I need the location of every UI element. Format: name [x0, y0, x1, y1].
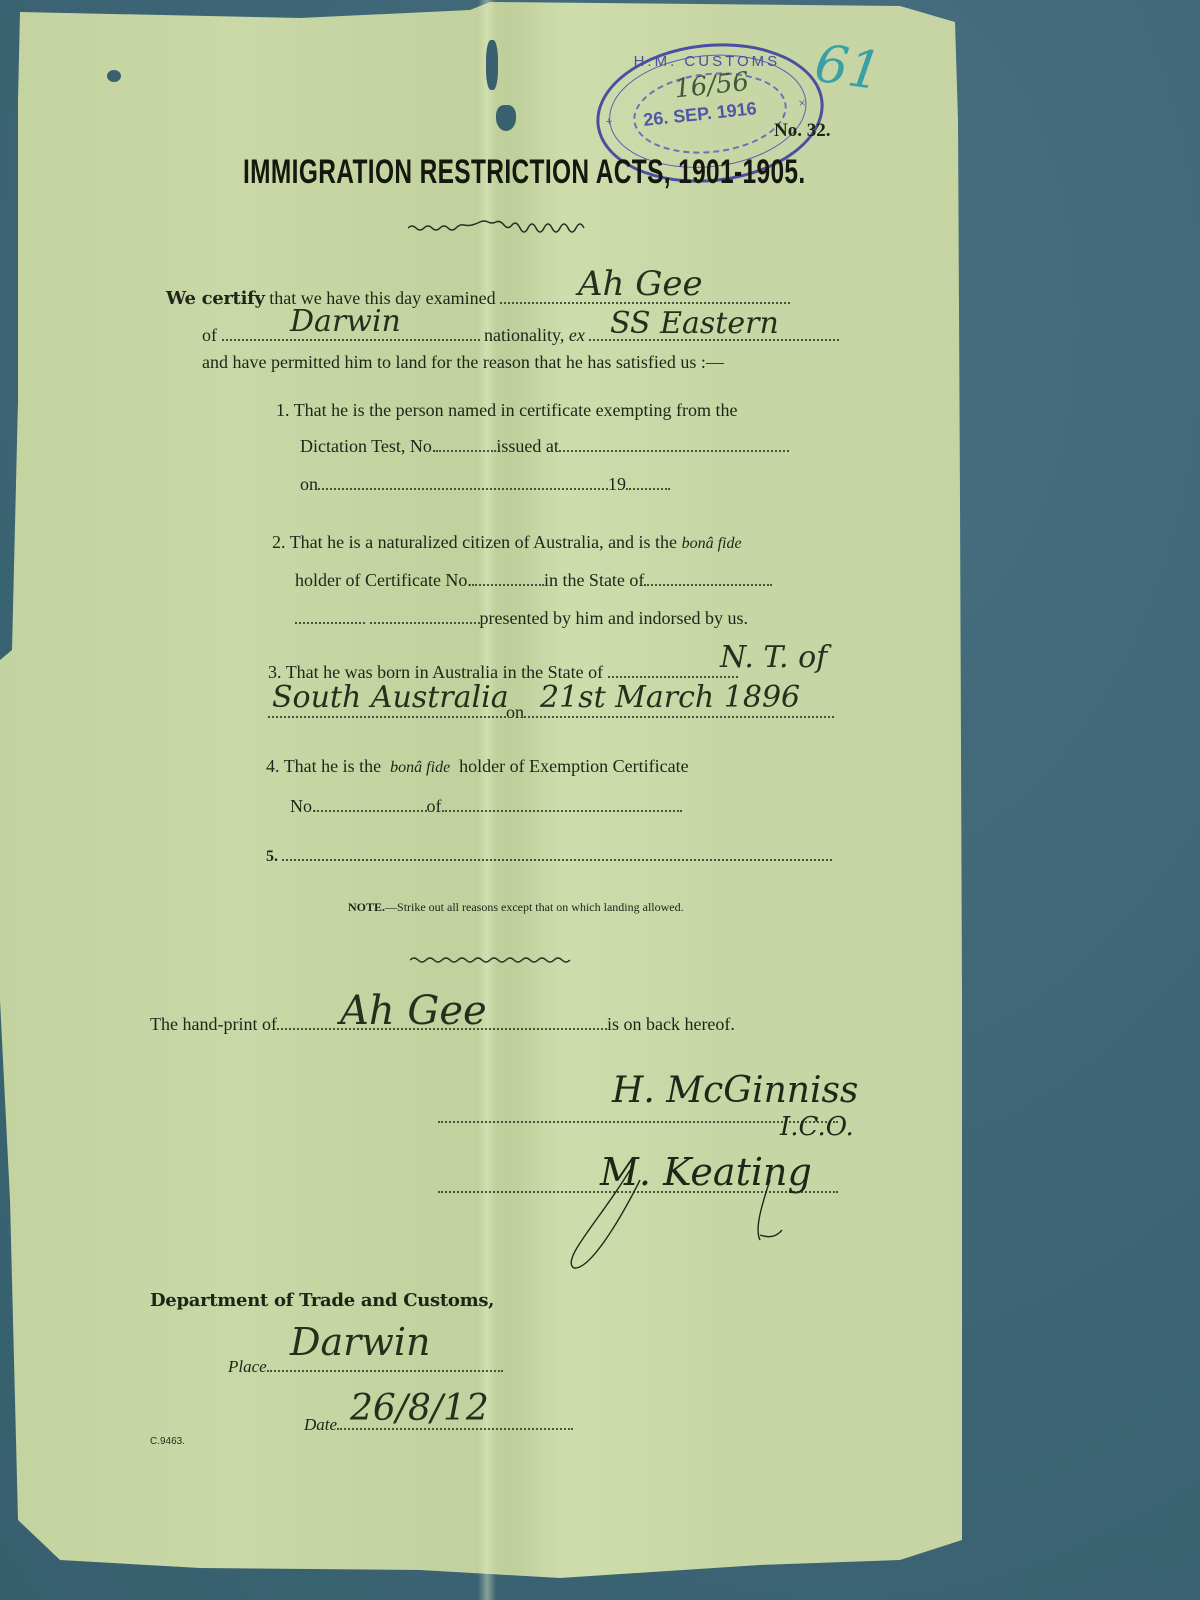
birth-state-field-2 — [268, 716, 506, 718]
reason-3-number: 3. — [268, 662, 282, 682]
exemption-no-field — [317, 810, 427, 812]
place-value: Darwin — [290, 1320, 430, 1364]
of-field — [222, 339, 480, 341]
reason-5-line: 5. — [266, 848, 832, 866]
on-label: on — [300, 474, 318, 494]
nationality-label: nationality, — [484, 325, 564, 345]
signature-flourish — [560, 1160, 800, 1280]
dictation-test-no-field — [436, 450, 496, 452]
reason-2-line-3: presented by him and indorsed by us. — [295, 608, 748, 629]
year-prefix: 19 — [608, 474, 626, 494]
birth-state-value-2: South Australia — [272, 680, 509, 715]
state-of-label: in the State of — [544, 570, 644, 590]
bona-fide-text: bonâ fide — [390, 759, 450, 776]
ornamental-divider — [410, 954, 580, 966]
signature-field-1 — [438, 1121, 838, 1123]
reason-3-text: That he was born in Australia in the Sta… — [286, 662, 603, 682]
signature-2-title: I.C.O. — [780, 1112, 854, 1142]
birth-date-field — [524, 716, 834, 718]
exemption-no-label: No. — [290, 796, 317, 816]
reason-2-line-1: 2. That he is a naturalized citizen of A… — [272, 532, 742, 553]
note: NOTE.—Strike out all reasons except that… — [348, 900, 684, 915]
exemption-of-label: of — [427, 796, 442, 816]
handprint-suffix: is on back hereof. — [607, 1014, 735, 1034]
date-value: 26/8/12 — [350, 1388, 489, 1429]
issued-at-field — [559, 450, 789, 452]
on-date-field — [318, 488, 608, 490]
ornamental-divider — [408, 218, 598, 234]
birth-on-label: on — [506, 702, 524, 722]
form-code: C.9463. — [150, 1436, 185, 1447]
birth-state-field — [608, 676, 738, 678]
presented-field-1 — [295, 622, 365, 624]
form-number: No. 32. — [774, 120, 830, 142]
ex-label: ex — [569, 325, 585, 345]
reason-4-number: 4. — [266, 756, 280, 776]
examined-name-value: Ah Gee — [578, 264, 703, 304]
reason-1-line-3: on19 — [300, 474, 670, 495]
paper-hole — [107, 70, 121, 82]
signature-line-1 — [438, 1110, 838, 1128]
reason-2-text: That he is a naturalized citizen of Aust… — [290, 532, 677, 552]
reason-5-number: 5. — [266, 848, 278, 865]
reason-1-line-2: Dictation Test, No.issued at — [300, 436, 789, 457]
date-label: Date — [304, 1415, 337, 1434]
issued-at-label: issued at — [496, 436, 559, 456]
reason-2-number: 2. — [272, 532, 286, 552]
presented-text: presented by him and indorsed by us. — [480, 608, 748, 628]
reason-2-line-2: holder of Certificate No.in the State of — [295, 570, 772, 591]
birth-state-value-1: N. T. of — [720, 640, 827, 675]
certify-lead: We certify — [166, 288, 265, 309]
of-label: of — [202, 325, 217, 345]
place-label: Place — [228, 1357, 267, 1376]
reason-4-text-c: holder of Exemption Certificate — [459, 756, 688, 776]
archive-annotation: 61 — [811, 34, 885, 103]
reason-1-number: 1. — [276, 400, 290, 420]
reason-1-text: That he is the person named in certifica… — [294, 400, 738, 420]
stamp-cross-icon: × — [798, 95, 807, 112]
year-field — [626, 488, 670, 490]
of-value: Darwin — [290, 304, 401, 339]
reason-4-line-1: 4. That he is the bonâ fide holder of Ex… — [266, 756, 689, 777]
handprint-prefix: The hand-print of — [150, 1014, 277, 1034]
stamp-cross-icon: + — [605, 113, 614, 130]
certificate-no-field — [472, 584, 544, 586]
place-field — [267, 1370, 503, 1372]
exemption-of-field — [442, 810, 682, 812]
reason-4-line-2: No.of — [290, 796, 682, 817]
signature-1: H. McGinniss — [612, 1070, 858, 1111]
note-label: NOTE. — [348, 900, 385, 914]
reason-1-line-1: 1. That he is the person named in certif… — [276, 400, 738, 421]
note-text: —Strike out all reasons except that on w… — [385, 900, 684, 914]
document-title: IMMIGRATION RESTRICTION ACTS, 1901-1905. — [243, 153, 806, 192]
permitted-line: and have permitted him to land for the r… — [202, 352, 724, 373]
state-of-field — [644, 584, 772, 586]
bona-fide-text: bonâ fide — [682, 535, 742, 552]
handprint-name-value: Ah Gee — [340, 988, 487, 1034]
reason-5-field — [282, 859, 832, 861]
dictation-test-label: Dictation Test, No. — [300, 436, 436, 456]
reason-4-text-a: That he is the — [284, 756, 381, 776]
ex-value: SS Eastern — [610, 306, 779, 341]
paper-tear — [496, 105, 516, 131]
presented-field-2 — [370, 622, 480, 624]
stamp-top-text: H.M. CUSTOMS — [634, 53, 781, 70]
birth-date-value: 21st March 1896 — [540, 680, 800, 715]
paper-tear — [486, 40, 498, 90]
department-label: Department of Trade and Customs, — [150, 1290, 494, 1311]
certificate-no-label: holder of Certificate No. — [295, 570, 472, 590]
